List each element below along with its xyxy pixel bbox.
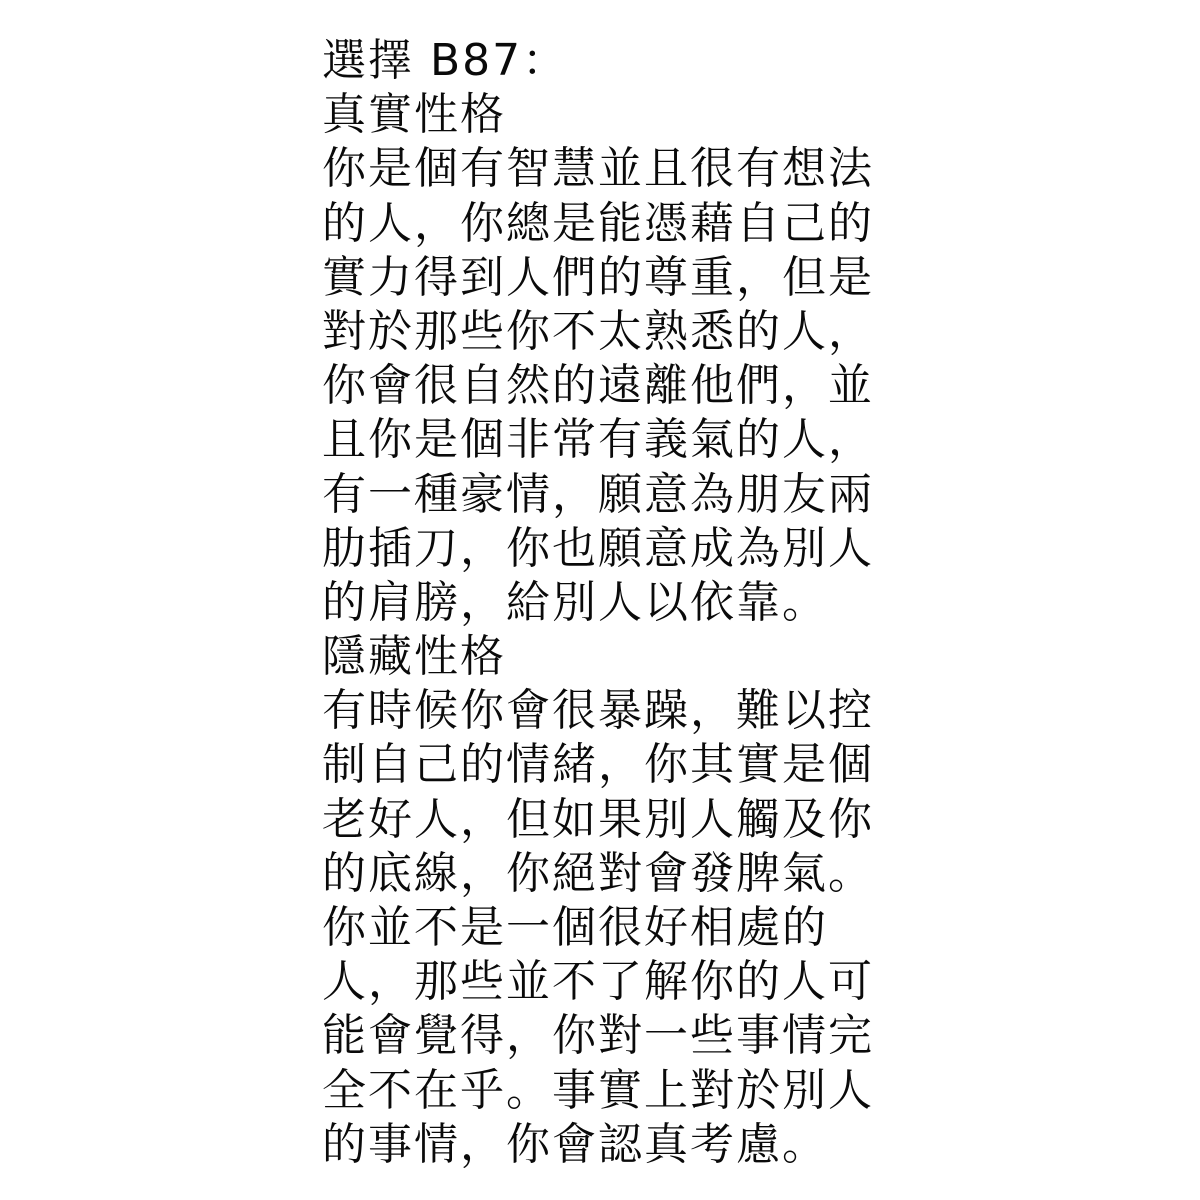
paragraph-line: 的事情，你會認真考慮。 <box>322 1118 892 1172</box>
paragraph-line: 且你是個非常有義氣的人， <box>322 413 892 467</box>
paragraph-line: 的肩膀，給別人以依靠。 <box>322 576 892 630</box>
paragraph-line: 有一種豪情，願意為朋友兩 <box>322 468 892 522</box>
document-title: 選擇 B87： <box>322 34 892 88</box>
paragraph-line: 你並不是一個很好相處的 <box>322 901 892 955</box>
paragraph-line: 人，那些並不了解你的人可 <box>322 955 892 1009</box>
paragraph-line: 的人，你總是能憑藉自己的 <box>322 197 892 251</box>
paragraph-line: 實力得到人們的尊重，但是 <box>322 251 892 305</box>
paragraph-line: 肋插刀，你也願意成為別人 <box>322 522 892 576</box>
paragraph-line: 全不在乎。事實上對於別人 <box>322 1064 892 1118</box>
paragraph-line: 你是個有智慧並且很有想法 <box>322 142 892 196</box>
paragraph-line: 對於那些你不太熟悉的人， <box>322 305 892 359</box>
paragraph-line: 老好人，但如果別人觸及你 <box>322 793 892 847</box>
section-heading: 隱藏性格 <box>322 630 892 684</box>
paragraph-line: 能會覺得，你對一些事情完 <box>322 1009 892 1063</box>
paragraph-line: 有時候你會很暴躁，難以控 <box>322 684 892 738</box>
section-heading: 真實性格 <box>322 88 892 142</box>
personality-text-document: 選擇 B87： 真實性格 你是個有智慧並且很有想法 的人，你總是能憑藉自己的 實… <box>322 34 892 1172</box>
paragraph-line: 的底線，你絕對會發脾氣。 <box>322 847 892 901</box>
section-hidden-personality: 隱藏性格 有時候你會很暴躁，難以控 制自己的情緒，你其實是個 老好人，但如果別人… <box>322 630 892 1172</box>
section-true-personality: 真實性格 你是個有智慧並且很有想法 的人，你總是能憑藉自己的 實力得到人們的尊重… <box>322 88 892 630</box>
paragraph-line: 你會很自然的遠離他們，並 <box>322 359 892 413</box>
paragraph-line: 制自己的情緒，你其實是個 <box>322 738 892 792</box>
